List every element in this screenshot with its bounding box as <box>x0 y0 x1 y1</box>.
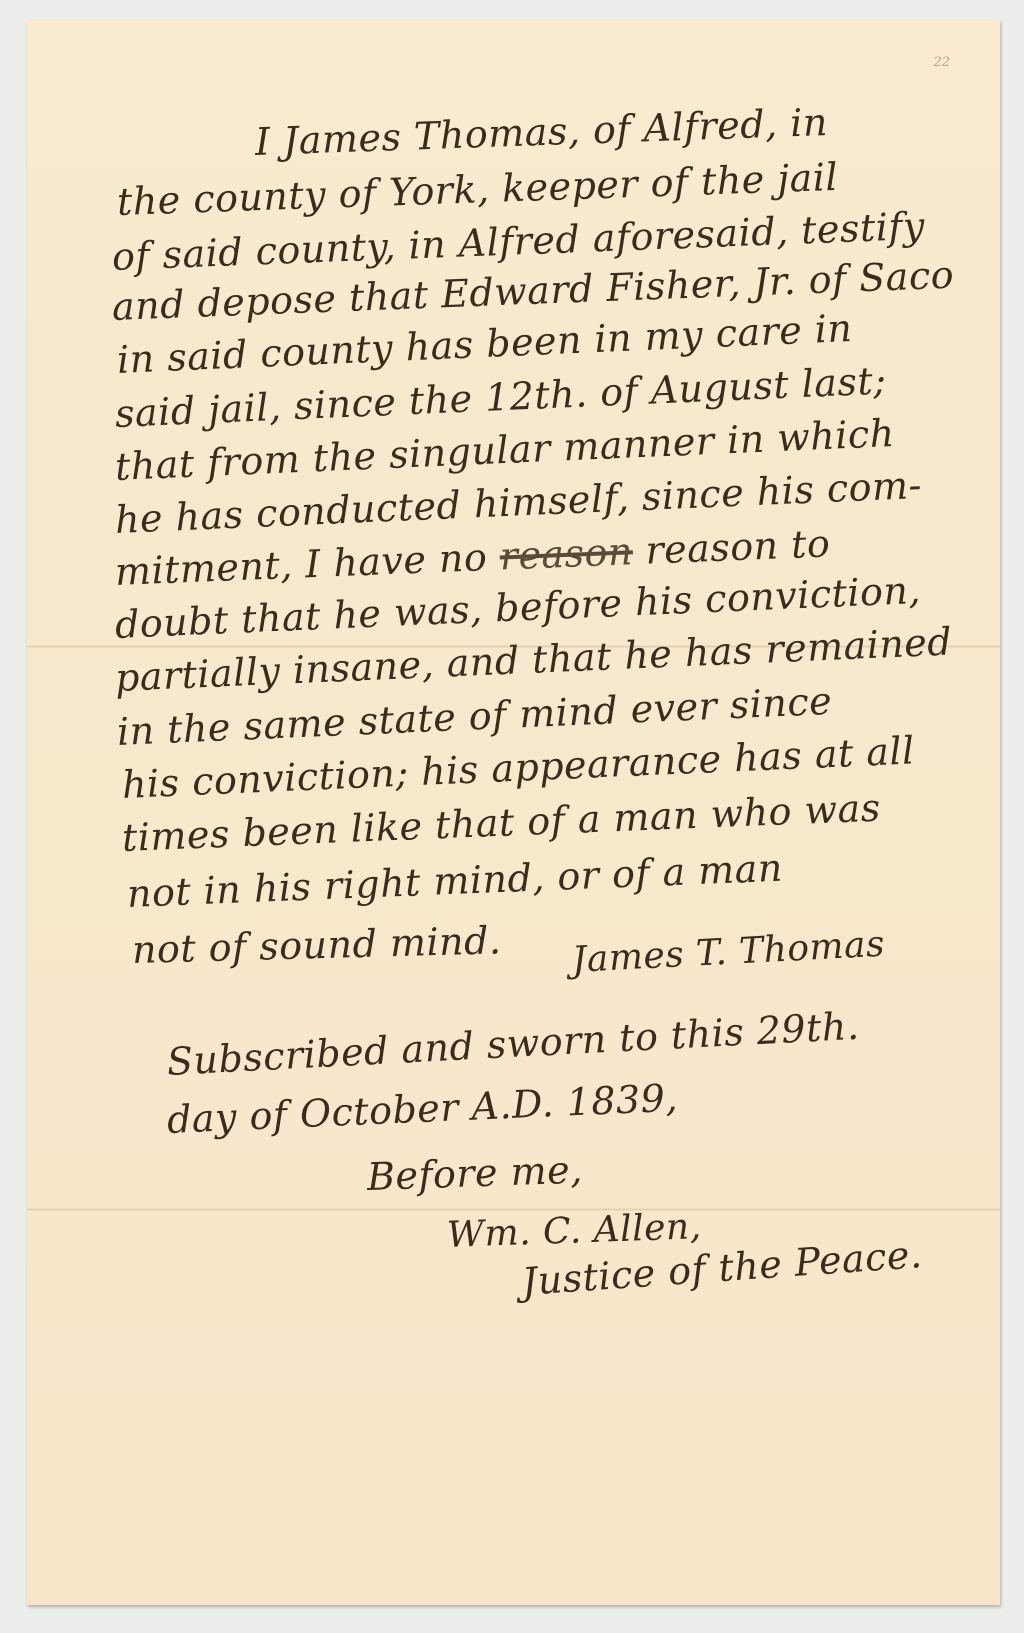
body-line-16: not of sound mind. <box>131 918 502 972</box>
document-page: 22 I James Thomas, of Alfred, in the cou… <box>27 20 1000 1605</box>
official-signature: Wm. C. Allen, <box>446 1206 702 1256</box>
fold-line <box>27 1208 1000 1211</box>
body-line-1: I James Thomas, of Alfred, in <box>254 100 828 164</box>
body-line-9-rest: reason to <box>645 521 832 572</box>
struck-word: reason <box>499 529 634 578</box>
body-line-9-text: mitment, I have no <box>114 535 488 594</box>
jurat-line-1: Subscribed and sworn to this 29th. <box>166 1004 861 1084</box>
body-line-15: not in his right mind, or of a man <box>126 846 784 916</box>
page-number-mark: 22 <box>933 55 950 70</box>
jurat-line-3: Before me, <box>366 1147 583 1199</box>
jurat-line-2: day of October A.D. 1839, <box>166 1076 679 1142</box>
affiant-signature: James T. Thomas <box>571 924 886 981</box>
